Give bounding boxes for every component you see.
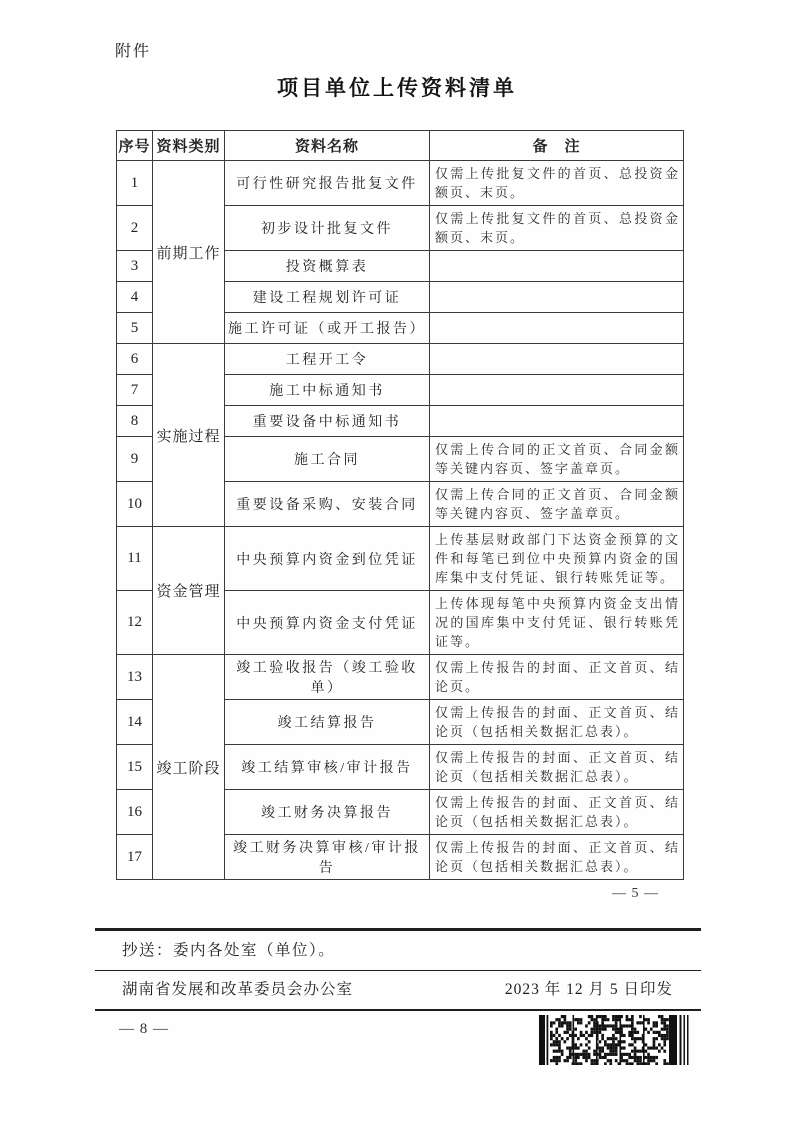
table-row: 6 实施过程工程开工令 xyxy=(117,344,684,375)
material-name: 初步设计批复文件 xyxy=(225,206,430,251)
table-row: 1 前期工作可行性研究报告批复文件 仅需上传批复文件的首页、总投资金额页、末页。 xyxy=(117,161,684,206)
row-number: 4 xyxy=(117,282,153,313)
material-name: 竣工财务决算审核/审计报告 xyxy=(225,835,430,880)
material-name: 建设工程规划许可证 xyxy=(225,282,430,313)
material-name: 投资概算表 xyxy=(225,251,430,282)
materials-table-body: 1 前期工作可行性研究报告批复文件 仅需上传批复文件的首页、总投资金额页、末页。… xyxy=(117,161,684,880)
issuer-row: 湖南省发展和改革委员会办公室 2023 年 12 月 5 日印发 xyxy=(95,971,701,1009)
material-remark xyxy=(430,344,684,375)
row-number: 17 xyxy=(117,835,153,880)
row-number: 16 xyxy=(117,790,153,835)
row-number: 14 xyxy=(117,700,153,745)
material-remark: 仅需上传批复文件的首页、总投资金额页、末页。 xyxy=(430,206,684,251)
attachment-label: 附件 xyxy=(115,38,151,61)
material-name: 可行性研究报告批复文件 xyxy=(225,161,430,206)
material-name: 中央预算内资金支付凭证 xyxy=(225,591,430,655)
category-cell: 实施过程 xyxy=(153,344,225,527)
footer-bottom-row: — 8 — xyxy=(95,1011,701,1073)
material-remark: 仅需上传合同的正文首页、合同金额等关键内容页、签字盖章页。 xyxy=(430,437,684,482)
row-number: 11 xyxy=(117,527,153,591)
material-remark: 仅需上传报告的封面、正文首页、结论页（包括相关数据汇总表）。 xyxy=(430,745,684,790)
material-remark: 仅需上传批复文件的首页、总投资金额页、末页。 xyxy=(430,161,684,206)
material-remark: 仅需上传报告的封面、正文首页、结论页（包括相关数据汇总表）。 xyxy=(430,835,684,880)
material-name: 重要设备中标通知书 xyxy=(225,406,430,437)
barcode-svg xyxy=(539,1015,691,1065)
material-name: 竣工财务决算报告 xyxy=(225,790,430,835)
document-footer: 抄送：委内各处室（单位）。 湖南省发展和改革委员会办公室 2023 年 12 月… xyxy=(95,928,701,1073)
copy-line: 抄送：委内各处室（单位）。 xyxy=(95,931,701,970)
material-name: 施工合同 xyxy=(225,437,430,482)
material-name: 工程开工令 xyxy=(225,344,430,375)
table-row: 11 资金管理中央预算内资金到位凭证 上传基层财政部门下达资金预算的文件和每笔已… xyxy=(117,527,684,591)
category-cell: 竣工阶段 xyxy=(153,655,225,880)
material-remark xyxy=(430,251,684,282)
row-number: 6 xyxy=(117,344,153,375)
row-number: 3 xyxy=(117,251,153,282)
header-no: 序号 xyxy=(117,131,153,161)
category-cell: 资金管理 xyxy=(153,527,225,655)
material-remark xyxy=(430,375,684,406)
material-remark: 上传体现每笔中央预算内资金支出情况的国库集中支付凭证、银行转账凭证等。 xyxy=(430,591,684,655)
row-number: 10 xyxy=(117,482,153,527)
material-remark: 仅需上传报告的封面、正文首页、结论页。 xyxy=(430,655,684,700)
category-cell: 前期工作 xyxy=(153,161,225,344)
material-remark: 上传基层财政部门下达资金预算的文件和每笔已到位中央预算内资金的国库集中支付凭证、… xyxy=(430,527,684,591)
table-row: 13 竣工阶段竣工验收报告（竣工验收单） 仅需上传报告的封面、正文首页、结论页。 xyxy=(117,655,684,700)
header-name: 资料名称 xyxy=(225,131,430,161)
row-number: 2 xyxy=(117,206,153,251)
material-name: 竣工结算审核/审计报告 xyxy=(225,745,430,790)
material-remark: 仅需上传报告的封面、正文首页、结论页（包括相关数据汇总表）。 xyxy=(430,700,684,745)
material-remark: 仅需上传报告的封面、正文首页、结论页（包括相关数据汇总表）。 xyxy=(430,790,684,835)
material-name: 中央预算内资金到位凭证 xyxy=(225,527,430,591)
material-name: 施工中标通知书 xyxy=(225,375,430,406)
page-title: 项目单位上传资料清单 xyxy=(0,72,794,102)
header-remark: 备 注 xyxy=(430,131,684,161)
row-number: 9 xyxy=(117,437,153,482)
row-number: 1 xyxy=(117,161,153,206)
row-number: 7 xyxy=(117,375,153,406)
barcode-icon xyxy=(539,1015,691,1065)
material-remark: 仅需上传合同的正文首页、合同金额等关键内容页、签字盖章页。 xyxy=(430,482,684,527)
print-page-number: — 8 — xyxy=(119,1021,169,1038)
material-remark xyxy=(430,313,684,344)
material-name: 重要设备采购、安装合同 xyxy=(225,482,430,527)
row-number: 8 xyxy=(117,406,153,437)
row-number: 5 xyxy=(117,313,153,344)
row-number: 13 xyxy=(117,655,153,700)
material-name: 施工许可证（或开工报告） xyxy=(225,313,430,344)
header-category: 资料类别 xyxy=(153,131,225,161)
print-date: 2023 年 12 月 5 日印发 xyxy=(505,979,673,1001)
material-remark xyxy=(430,282,684,313)
table-header-row: 序号 资料类别 资料名称 备 注 xyxy=(117,131,684,161)
material-name: 竣工验收报告（竣工验收单） xyxy=(225,655,430,700)
material-name: 竣工结算报告 xyxy=(225,700,430,745)
materials-table: 序号 资料类别 资料名称 备 注 1 前期工作可行性研究报告批复文件 仅需上传批… xyxy=(116,130,684,880)
row-number: 12 xyxy=(117,591,153,655)
doc-page-number: — 5 — xyxy=(116,886,683,902)
material-remark xyxy=(430,406,684,437)
document-page: 附件 项目单位上传资料清单 序号 资料类别 资料名称 备 注 1 前期工作可行性… xyxy=(0,0,794,1123)
row-number: 15 xyxy=(117,745,153,790)
issuer-name: 湖南省发展和改革委员会办公室 xyxy=(122,979,353,1001)
